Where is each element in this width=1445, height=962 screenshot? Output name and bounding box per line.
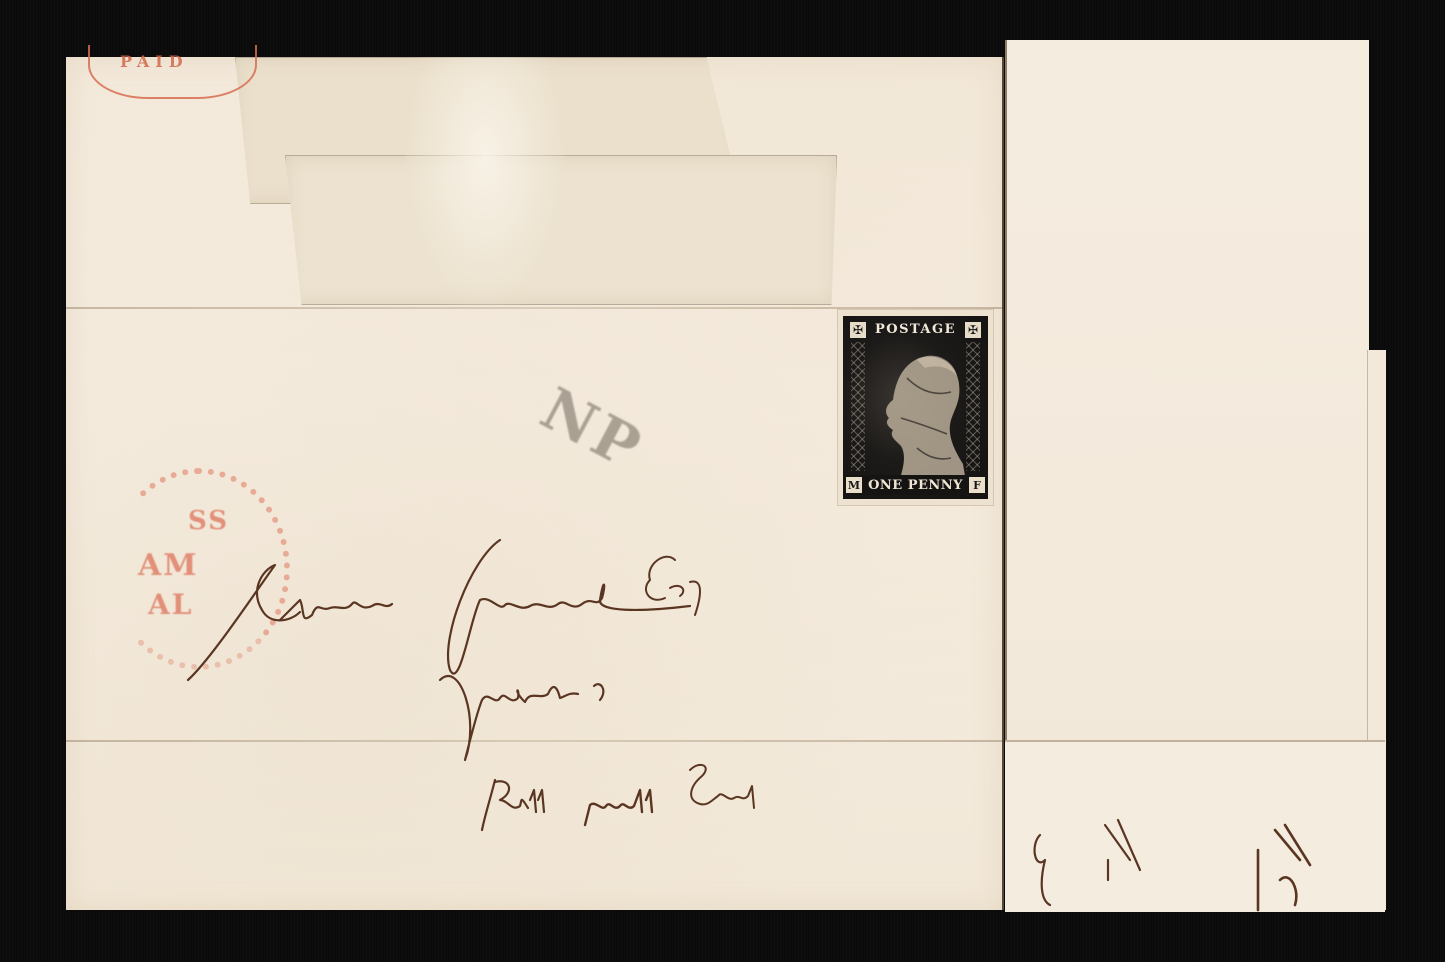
paid-postmark-text: PAID: [120, 52, 189, 71]
datestamp-line-2: AM: [138, 548, 198, 583]
lattice-border: [851, 342, 865, 471]
datestamp-line-1: SS: [188, 506, 229, 536]
penny-black-stamp: ✠ ✠ POSTAGE M ONE PENNY F: [838, 310, 993, 505]
corner-letter-left: M: [846, 477, 862, 493]
datestamp-line-3: AL: [148, 588, 193, 621]
queen-victoria-profile-icon: [867, 338, 977, 488]
stamp-value-text: ONE PENNY: [865, 478, 966, 493]
red-datestamp: SS AM AL: [108, 468, 288, 668]
fold-line-upper: [66, 307, 1002, 309]
letter-right-panel-lower: [1005, 740, 1385, 912]
fold-line-lower: [66, 740, 1002, 742]
datestamp-ring: [108, 468, 290, 670]
fold-line-vertical: [1002, 57, 1004, 910]
corner-letter-right: F: [969, 477, 985, 493]
stamp-value-bar: M ONE PENNY F: [843, 475, 988, 495]
stamp-design: ✠ ✠ POSTAGE M ONE PENNY F: [843, 316, 988, 499]
address-line-3: Pall Mall East: [0, 0, 1, 1]
paper-tear: [405, 57, 565, 307]
